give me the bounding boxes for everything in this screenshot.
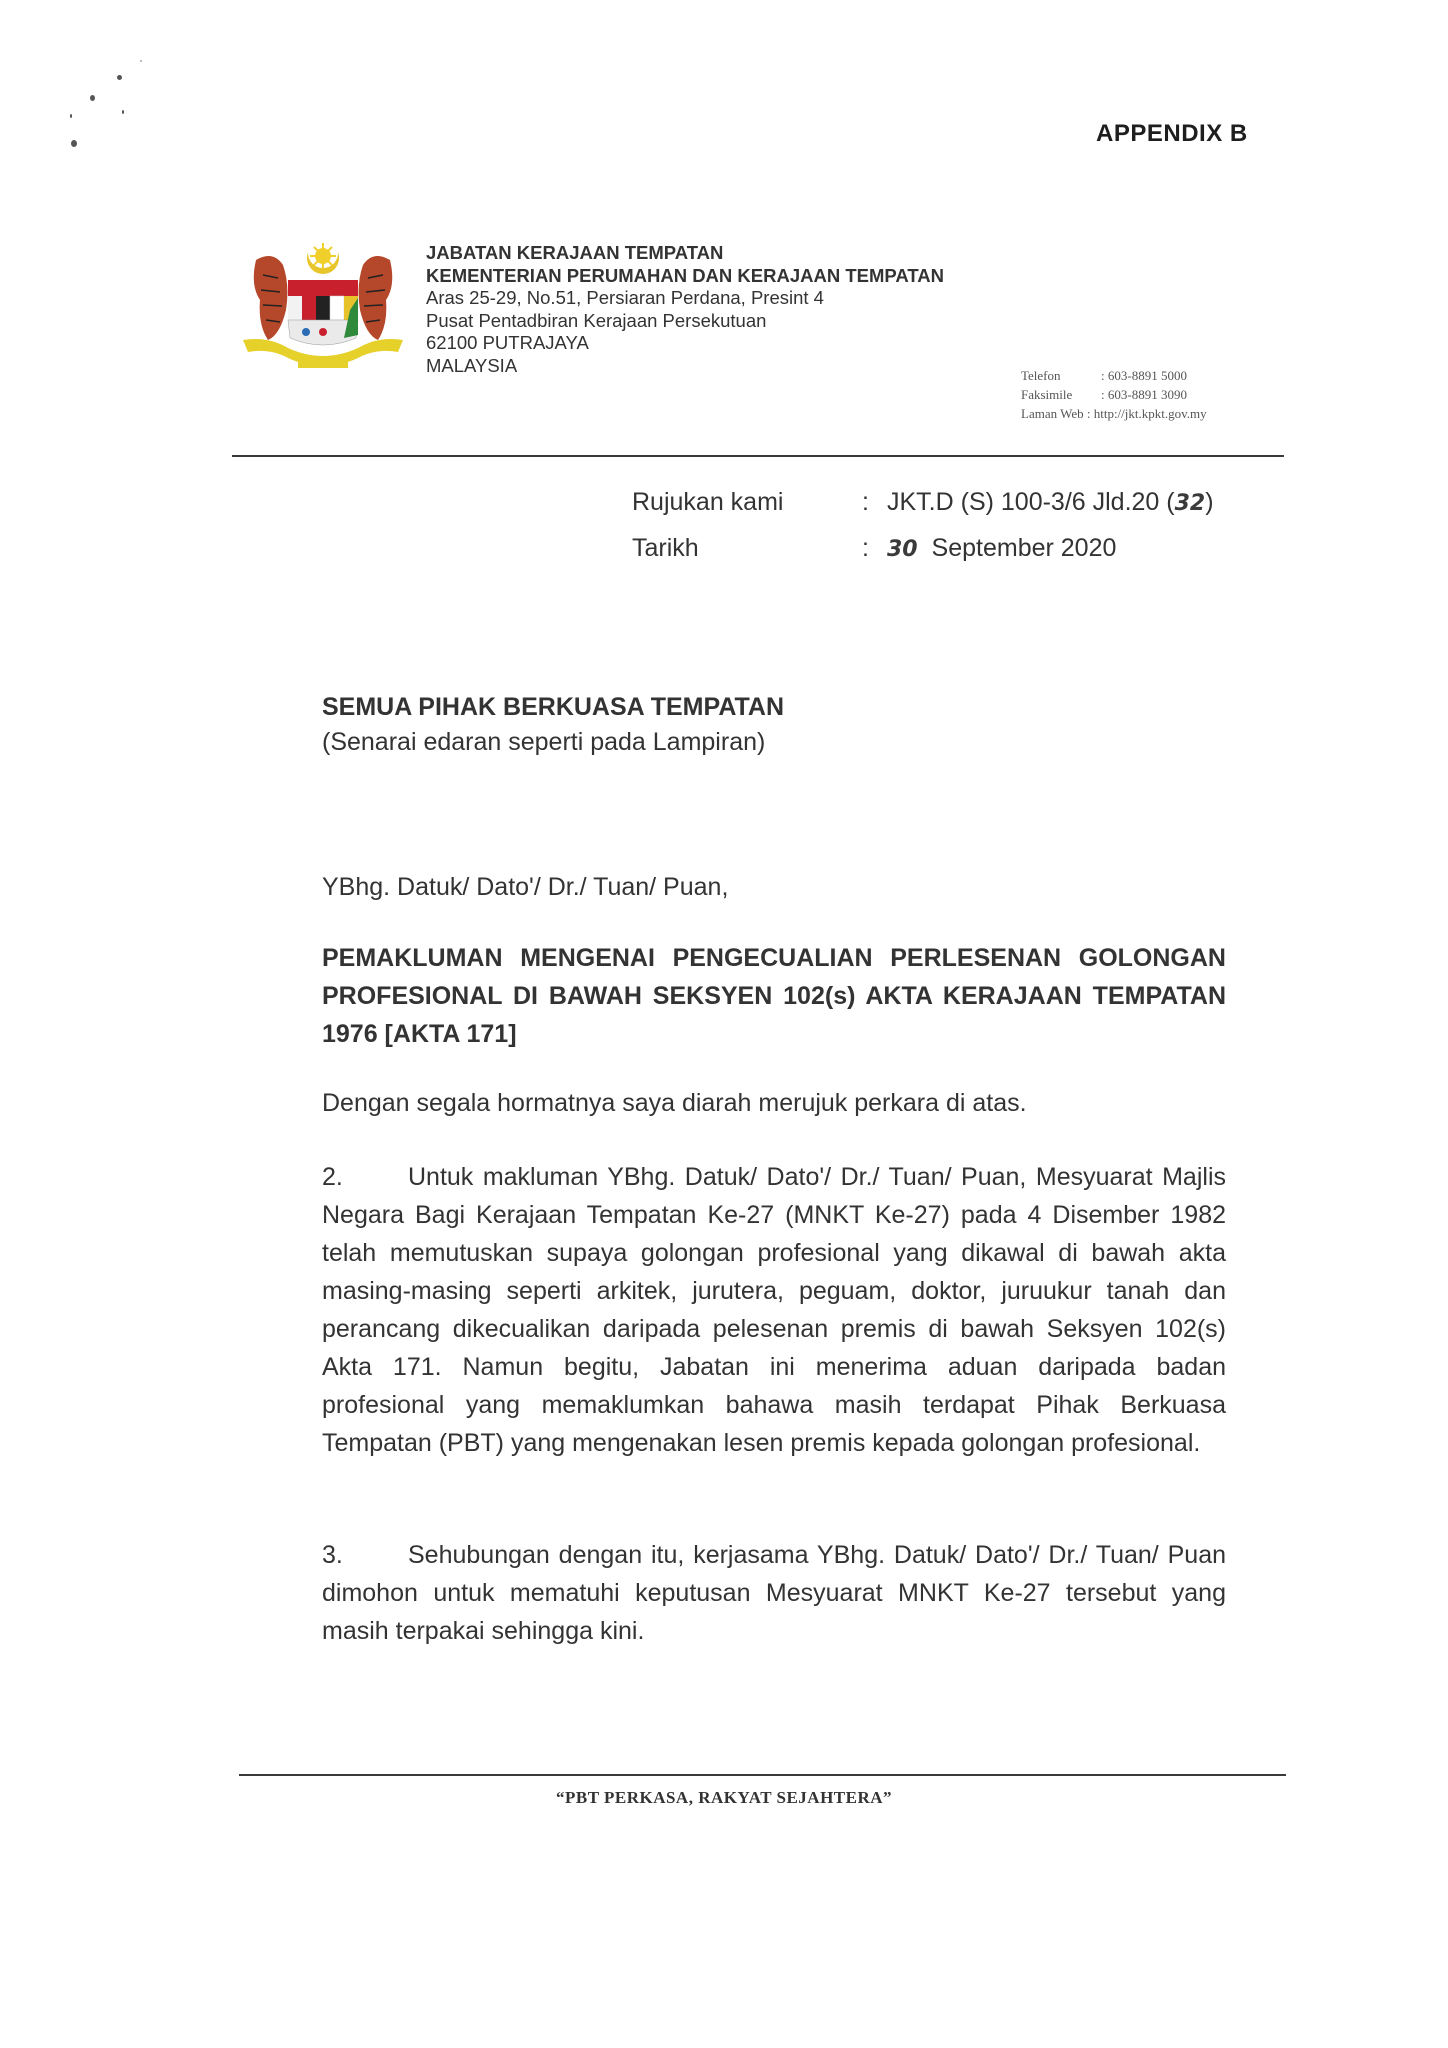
- paragraph-1: Dengan segala hormatnya saya diarah meru…: [322, 1084, 1226, 1122]
- footer-divider: [239, 1774, 1286, 1776]
- address-line: 62100 PUTRAJAYA: [426, 332, 944, 355]
- reference-number: JKT.D (S) 100-3/6 Jld.20 (32): [887, 488, 1214, 517]
- coat-of-arms-icon: [238, 240, 408, 378]
- fax-label: Faksimile: [1021, 385, 1101, 404]
- contact-block: Telefon : 603-8891 5000 Faksimile : 603-…: [1021, 366, 1207, 423]
- letter-date: 30 September 2020: [887, 534, 1116, 563]
- fax-value: : 603-8891 3090: [1101, 385, 1187, 404]
- date-month-year: September 2020: [932, 534, 1117, 562]
- address-line: Aras 25-29, No.51, Persiaran Perdana, Pr…: [426, 287, 944, 310]
- appendix-label: APPENDIX B: [1096, 120, 1248, 148]
- footer-motto: “PBT PERKASA, RAKYAT SEJAHTERA”: [0, 1788, 1448, 1808]
- recipient-note: (Senarai edaran seperti pada Lampiran): [322, 728, 765, 757]
- paragraph-number: 3.: [322, 1536, 408, 1574]
- phone-label: Telefon: [1021, 366, 1101, 385]
- phone-value: : 603-8891 5000: [1101, 366, 1187, 385]
- address-line: Pusat Pentadbiran Kerajaan Persekutuan: [426, 310, 944, 333]
- department-name: JABATAN KERAJAAN TEMPATAN: [426, 242, 944, 265]
- date-colon: :: [862, 534, 869, 563]
- reference-colon: :: [862, 488, 869, 517]
- paragraph-2: 2.Untuk makluman YBhg. Datuk/ Dato'/ Dr.…: [322, 1158, 1226, 1462]
- address-line: MALAYSIA: [426, 355, 944, 378]
- date-handwritten-day: 30: [887, 537, 918, 562]
- fax-row: Faksimile : 603-8891 3090: [1021, 385, 1207, 404]
- reference-text: JKT.D (S) 100-3/6 Jld.20 (: [887, 488, 1175, 516]
- reference-handwritten-number: 32: [1175, 491, 1206, 516]
- ministry-name: KEMENTERIAN PERUMAHAN DAN KERAJAAN TEMPA…: [426, 265, 944, 288]
- web-value: : http://jkt.kpkt.gov.my: [1087, 404, 1207, 423]
- paragraph-number: 2.: [322, 1158, 408, 1196]
- letterhead-address: JABATAN KERAJAAN TEMPATAN KEMENTERIAN PE…: [426, 242, 944, 377]
- salutation: YBhg. Datuk/ Dato'/ Dr./ Tuan/ Puan,: [322, 868, 1226, 906]
- paragraph-text: Untuk makluman YBhg. Datuk/ Dato'/ Dr./ …: [322, 1163, 1226, 1457]
- header-divider: [232, 455, 1284, 457]
- recipient-name: SEMUA PIHAK BERKUASA TEMPATAN: [322, 693, 784, 722]
- date-label: Tarikh: [632, 534, 699, 563]
- phone-row: Telefon : 603-8891 5000: [1021, 366, 1207, 385]
- reference-label: Rujukan kami: [632, 488, 783, 517]
- reference-suffix: ): [1205, 488, 1213, 516]
- web-row: Laman Web : http://jkt.kpkt.gov.my: [1021, 404, 1207, 423]
- web-label: Laman Web: [1021, 404, 1084, 423]
- letter-subject: PEMAKLUMAN MENGENAI PENGECUALIAN PERLESE…: [322, 939, 1226, 1053]
- paragraph-3: 3.Sehubungan dengan itu, kerjasama YBhg.…: [322, 1536, 1226, 1650]
- paragraph-text: Sehubungan dengan itu, kerjasama YBhg. D…: [322, 1541, 1226, 1645]
